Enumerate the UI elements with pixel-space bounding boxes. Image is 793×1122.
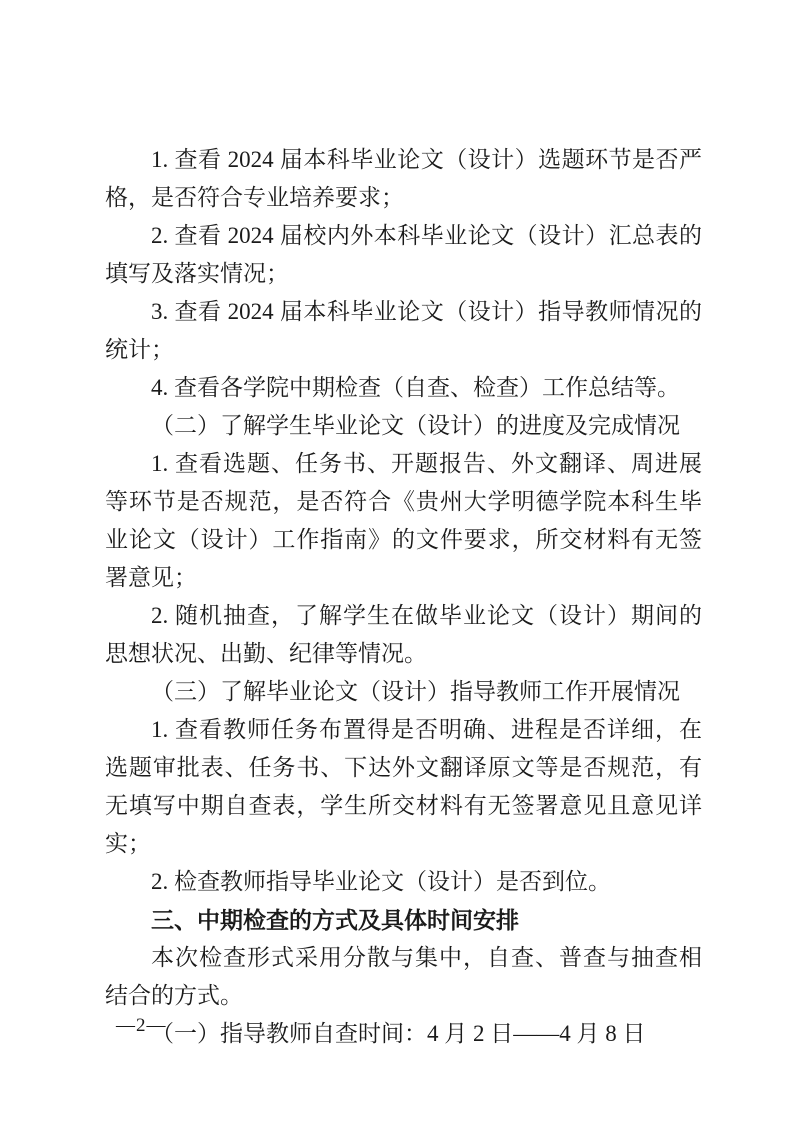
subsection-title-3: （三）了解毕业论文（设计）指导教师工作开展情况: [105, 673, 702, 711]
student-check-item-2: 2. 随机抽查，了解学生在做毕业论文（设计）期间的思想状况、出勤、纪律等情况。: [105, 597, 702, 673]
page-number: —2—: [116, 1013, 167, 1039]
section-title-3: 三、中期检查的方式及具体时间安排: [105, 901, 702, 939]
check-item-2: 2. 查看 2024 届校内外本科毕业论文（设计）汇总表的填写及落实情况；: [105, 217, 702, 293]
document-page: 1. 查看 2024 届本科毕业论文（设计）选题环节是否严格，是否符合专业培养要…: [0, 0, 793, 1122]
check-item-4: 4. 查看各学院中期检查（自查、检查）工作总结等。: [105, 369, 702, 407]
subsection-title-2: （二）了解学生毕业论文（设计）的进度及完成情况: [105, 407, 702, 445]
check-item-3: 3. 查看 2024 届本科毕业论文（设计）指导教师情况的统计；: [105, 293, 702, 369]
teacher-check-item-1: 1. 查看教师任务布置得是否明确、进程是否详细，在选题审批表、任务书、下达外文翻…: [105, 711, 702, 863]
method-paragraph: 本次检查形式采用分散与集中，自查、普查与抽查相结合的方式。: [105, 939, 702, 1015]
teacher-check-item-2: 2. 检查教师指导毕业论文（设计）是否到位。: [105, 863, 702, 901]
student-check-item-1: 1. 查看选题、任务书、开题报告、外文翻译、周进展等环节是否规范，是否符合《贵州…: [105, 445, 702, 597]
check-item-1: 1. 查看 2024 届本科毕业论文（设计）选题环节是否严格，是否符合专业培养要…: [105, 141, 702, 217]
schedule-item-1: （一）指导教师自查时间：4 月 2 日——4 月 8 日: [105, 1015, 702, 1053]
document-body: 1. 查看 2024 届本科毕业论文（设计）选题环节是否严格，是否符合专业培养要…: [105, 141, 702, 1053]
